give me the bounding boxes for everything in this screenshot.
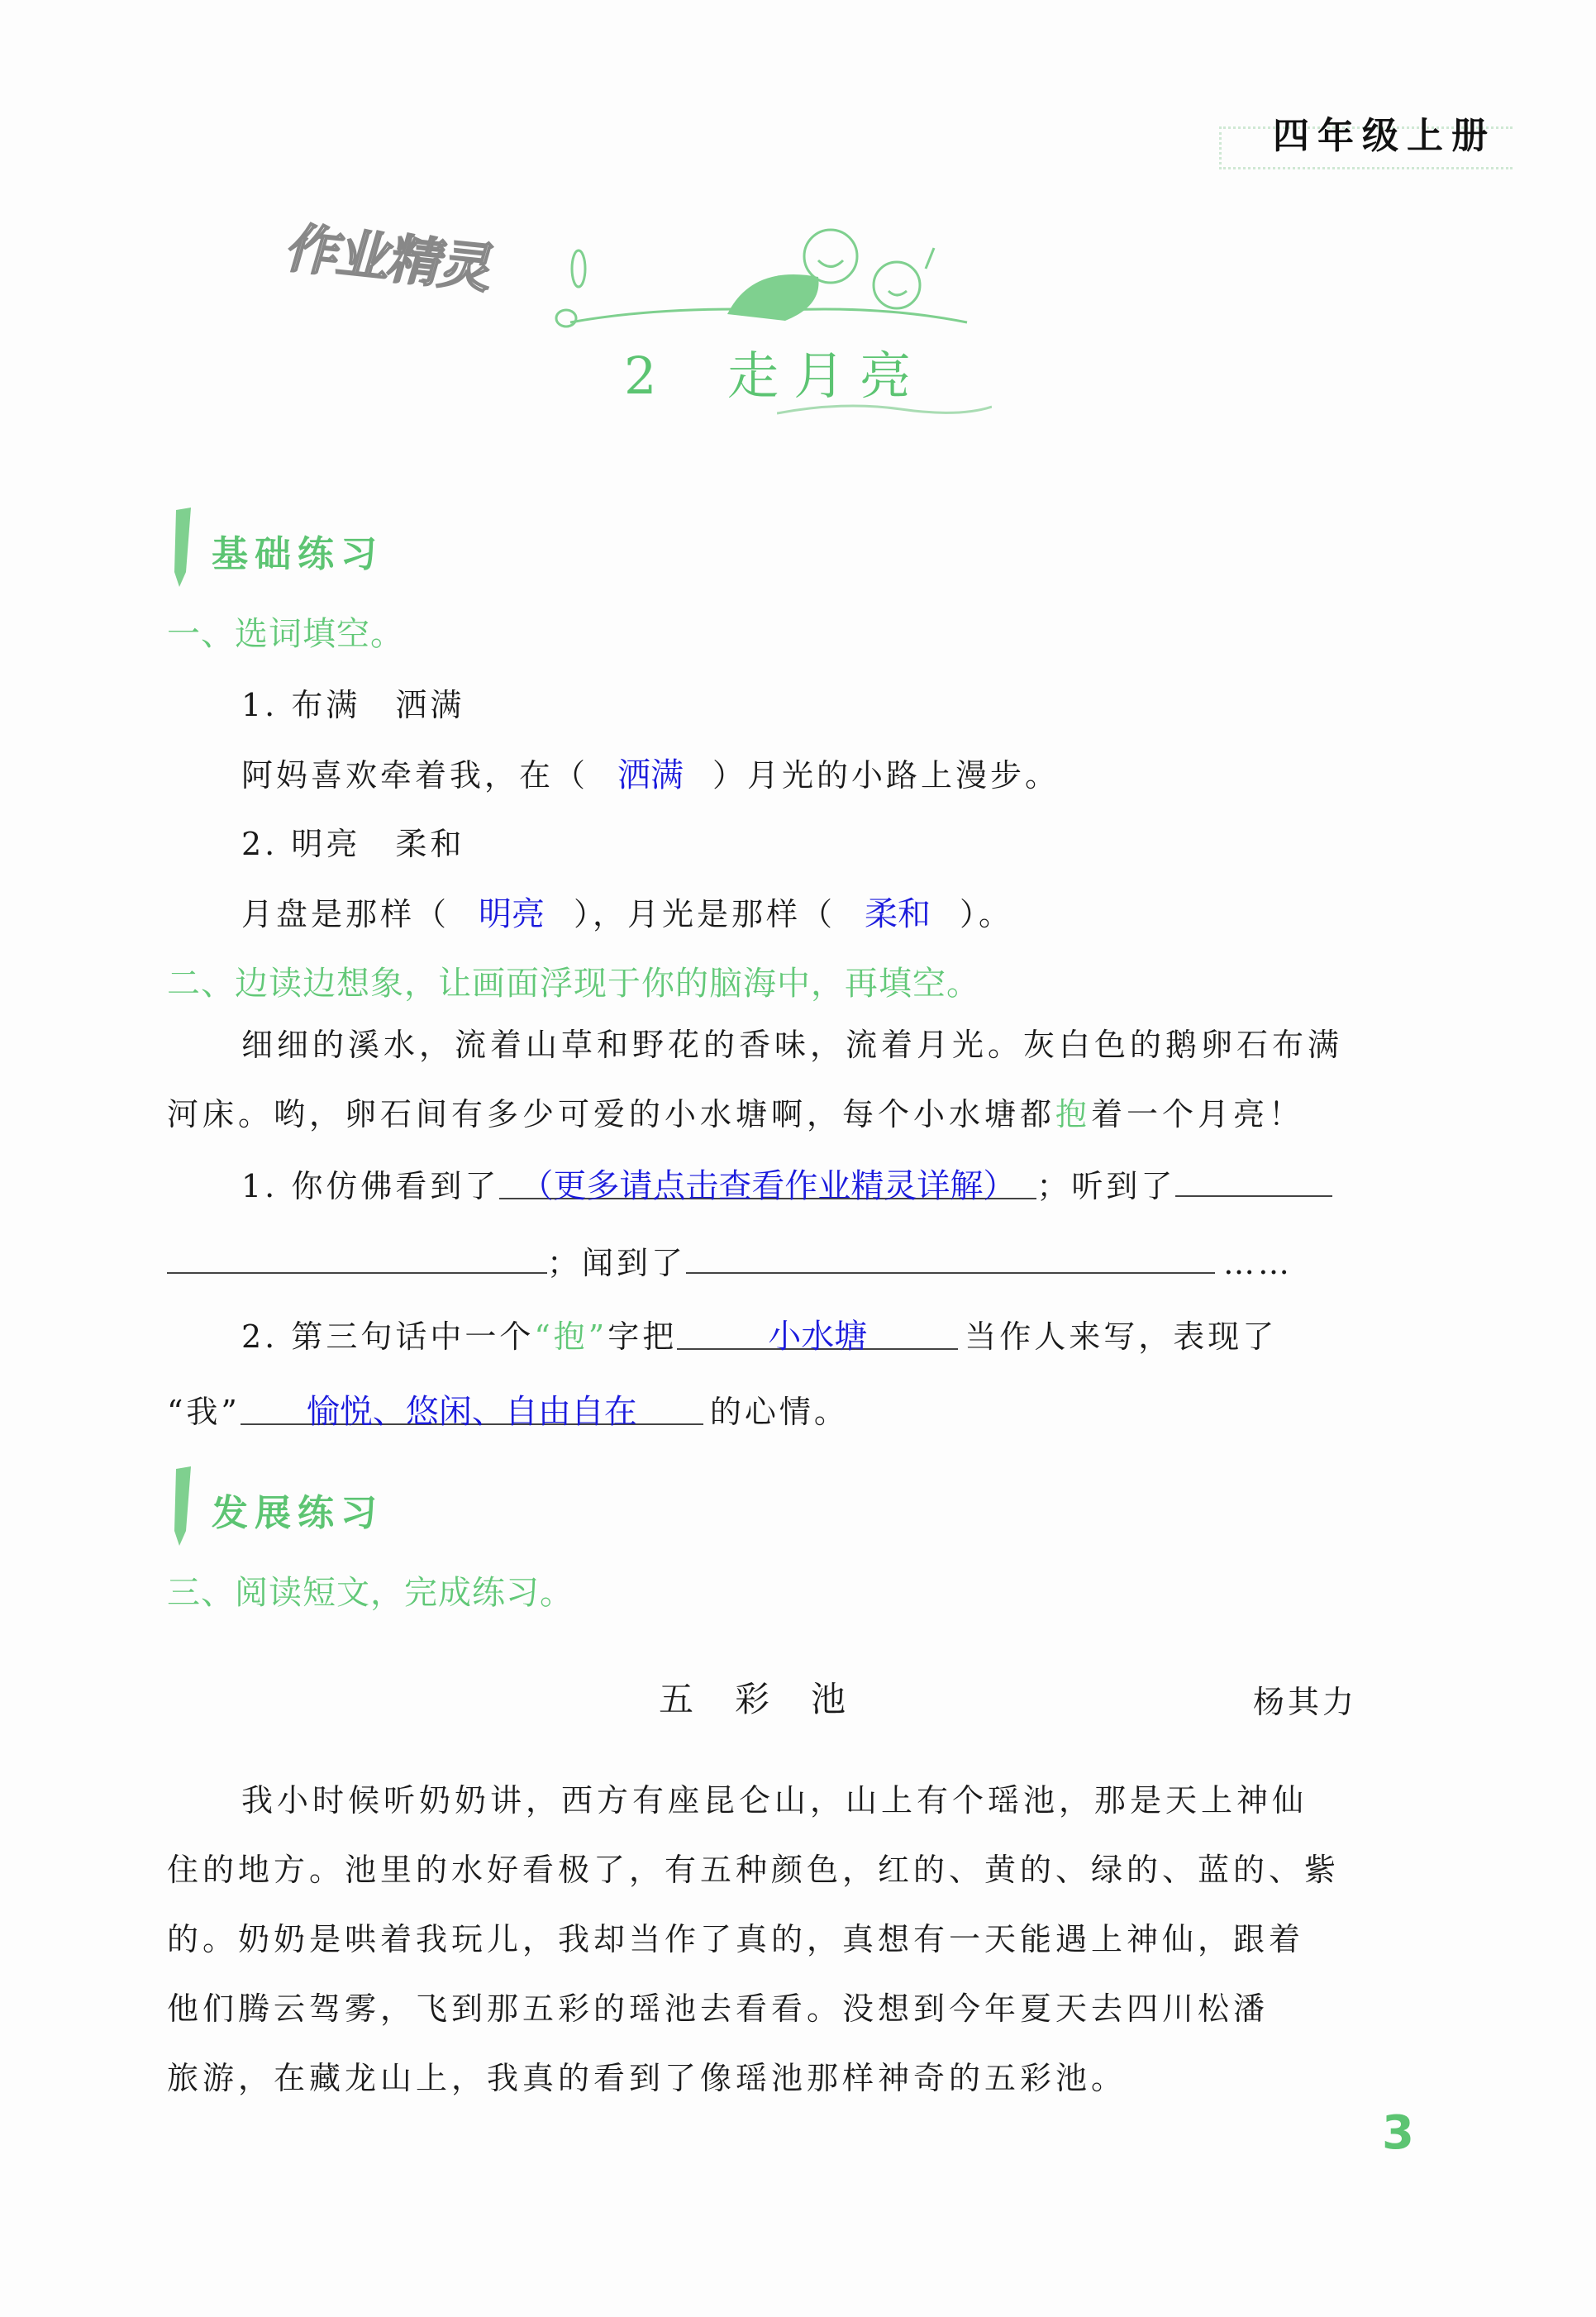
q1-item2-middle: ），月光是那样（ xyxy=(574,896,836,932)
lesson-number: 2 xyxy=(624,346,671,406)
q2-item1-smelled-label: ；闻到了 xyxy=(547,1245,686,1281)
q2-heading: 二、边读边想象，让画面浮现于你的脑海中，再填空。 xyxy=(167,957,980,1004)
q2-item2-after1: 当作人来写，表现了 xyxy=(965,1318,1277,1355)
q1-item1-after: ）月光的小路上漫步。 xyxy=(712,757,1060,794)
q1-item1-before: 阿妈喜欢牵着我，在（ xyxy=(241,757,588,794)
q2-item2-answer-2[interactable]: 愉悦、悠闲、自由自在 xyxy=(307,1393,637,1431)
article-body: 我小时候听奶奶讲，西方有座昆仑山，山上有个瑶池，那是天上神仙 住的地方。池里的水… xyxy=(167,1766,1365,2113)
q1-item2-before: 月盘是那样（ xyxy=(241,896,450,932)
ellipsis: …… xyxy=(1223,1245,1293,1281)
page-number: 3 xyxy=(1382,2106,1414,2160)
kids-illustration-icon xyxy=(537,223,1008,347)
article-title: 五 彩 池 xyxy=(659,1672,849,1722)
q2-passage-after: 着一个月亮！ xyxy=(1091,1096,1304,1132)
q2-item1-answer[interactable]: （更多请点击查看作业精灵详解） xyxy=(520,1167,1016,1205)
q1-item1-sentence: 阿妈喜欢牵着我，在（洒满）月光的小路上漫步。 xyxy=(241,749,1060,796)
highlighted-char: 抱 xyxy=(1055,1096,1091,1132)
article-line: 旅游，在藏龙山上，我真的看到了像瑶池那样神奇的五彩池。 xyxy=(167,2043,1365,2113)
article-line: 他们腾云驾雾，飞到那五彩的瑶池去看看。没想到今年夏天去四川松潘 xyxy=(167,1974,1365,2043)
article-author: 杨其力 xyxy=(1253,1676,1357,1722)
q2-item2-prefix: 2. 第三句话中一个 xyxy=(241,1318,534,1355)
q2-passage-line-2: 河床。哟，卵石间有多少可爱的小水塘啊，每个小水塘都抱着一个月亮！ xyxy=(167,1080,1365,1149)
q1-item1-answer[interactable]: 洒满 xyxy=(588,749,712,796)
q2-item1-smelled-blank[interactable] xyxy=(686,1234,1215,1274)
q2-item1-row1: 1. 你仿佛看到了（更多请点击查看作业精灵详解）；听到了 xyxy=(241,1157,1332,1206)
q1-item2-answer-1[interactable]: 明亮 xyxy=(450,888,574,935)
q1-item1-options: 1. 布满 洒满 xyxy=(241,679,465,725)
q3-heading: 三、阅读短文，完成练习。 xyxy=(167,1566,574,1614)
q2-passage-before: 河床。哟，卵石间有多少可爱的小水塘啊，每个小水塘都 xyxy=(167,1096,1055,1132)
grade-label: 四年级上册 xyxy=(1273,106,1496,159)
article-line: 住的地方。池里的水好看极了，有五种颜色，红的、黄的、绿的、蓝的、紫 xyxy=(167,1835,1365,1905)
q1-item2-sentence: 月盘是那样（明亮），月光是那样（柔和）。 xyxy=(241,888,1013,935)
pencil-icon xyxy=(169,1465,194,1547)
q2-passage: 细细的溪水，流着山草和野花的香味，流着月光。灰白色的鹅卵石布满 河床。哟，卵石间… xyxy=(167,1010,1365,1149)
article-line: 的。奶奶是哄着我玩儿，我却当作了真的，真想有一天能遇上神仙，跟着 xyxy=(167,1905,1365,1974)
q1-heading: 一、选词填空。 xyxy=(167,608,404,655)
watermark-logo: 作业精灵 xyxy=(279,207,504,303)
q2-item2-mid: 字把 xyxy=(607,1318,677,1355)
q1-item2-options: 2. 明亮 柔和 xyxy=(241,818,465,864)
q1-item2-after: ）。 xyxy=(960,896,1013,932)
q2-item2-line2-prefix: “我” xyxy=(167,1394,241,1430)
q1-item2-answer-2[interactable]: 柔和 xyxy=(836,888,960,935)
q2-item1-prefix: 1. 你仿佛看到了 xyxy=(241,1168,499,1204)
q2-item1-heard-label: ；听到了 xyxy=(1036,1168,1175,1204)
section-basic-practice: 基础练习 xyxy=(212,524,384,577)
q2-passage-line-1: 细细的溪水，流着山草和野花的香味，流着月光。灰白色的鹅卵石布满 xyxy=(167,1010,1365,1080)
q2-item2-row1: 2. 第三句话中一个“抱”字把小水塘当作人来写，表现了 xyxy=(241,1310,1277,1356)
pencil-icon xyxy=(169,506,194,589)
q2-item1-heard-blank-cont[interactable] xyxy=(167,1234,547,1274)
q2-item2-answer-1[interactable]: 小水塘 xyxy=(768,1318,867,1356)
q2-item2-after2: 的心情。 xyxy=(710,1394,849,1430)
q2-item1-heard-blank[interactable] xyxy=(1175,1157,1332,1197)
article-line: 我小时候听奶奶讲，西方有座昆仑山，山上有个瑶池，那是天上神仙 xyxy=(167,1766,1365,1835)
q2-item2-quote-char: “抱” xyxy=(534,1318,607,1355)
title-underline-wave-icon xyxy=(777,397,992,422)
q2-item1-row2: ；闻到了…… xyxy=(167,1234,1293,1283)
section-advanced-practice: 发展练习 xyxy=(212,1483,384,1536)
q2-item2-row2: “我”愉悦、悠闲、自由自在的心情。 xyxy=(167,1385,849,1432)
